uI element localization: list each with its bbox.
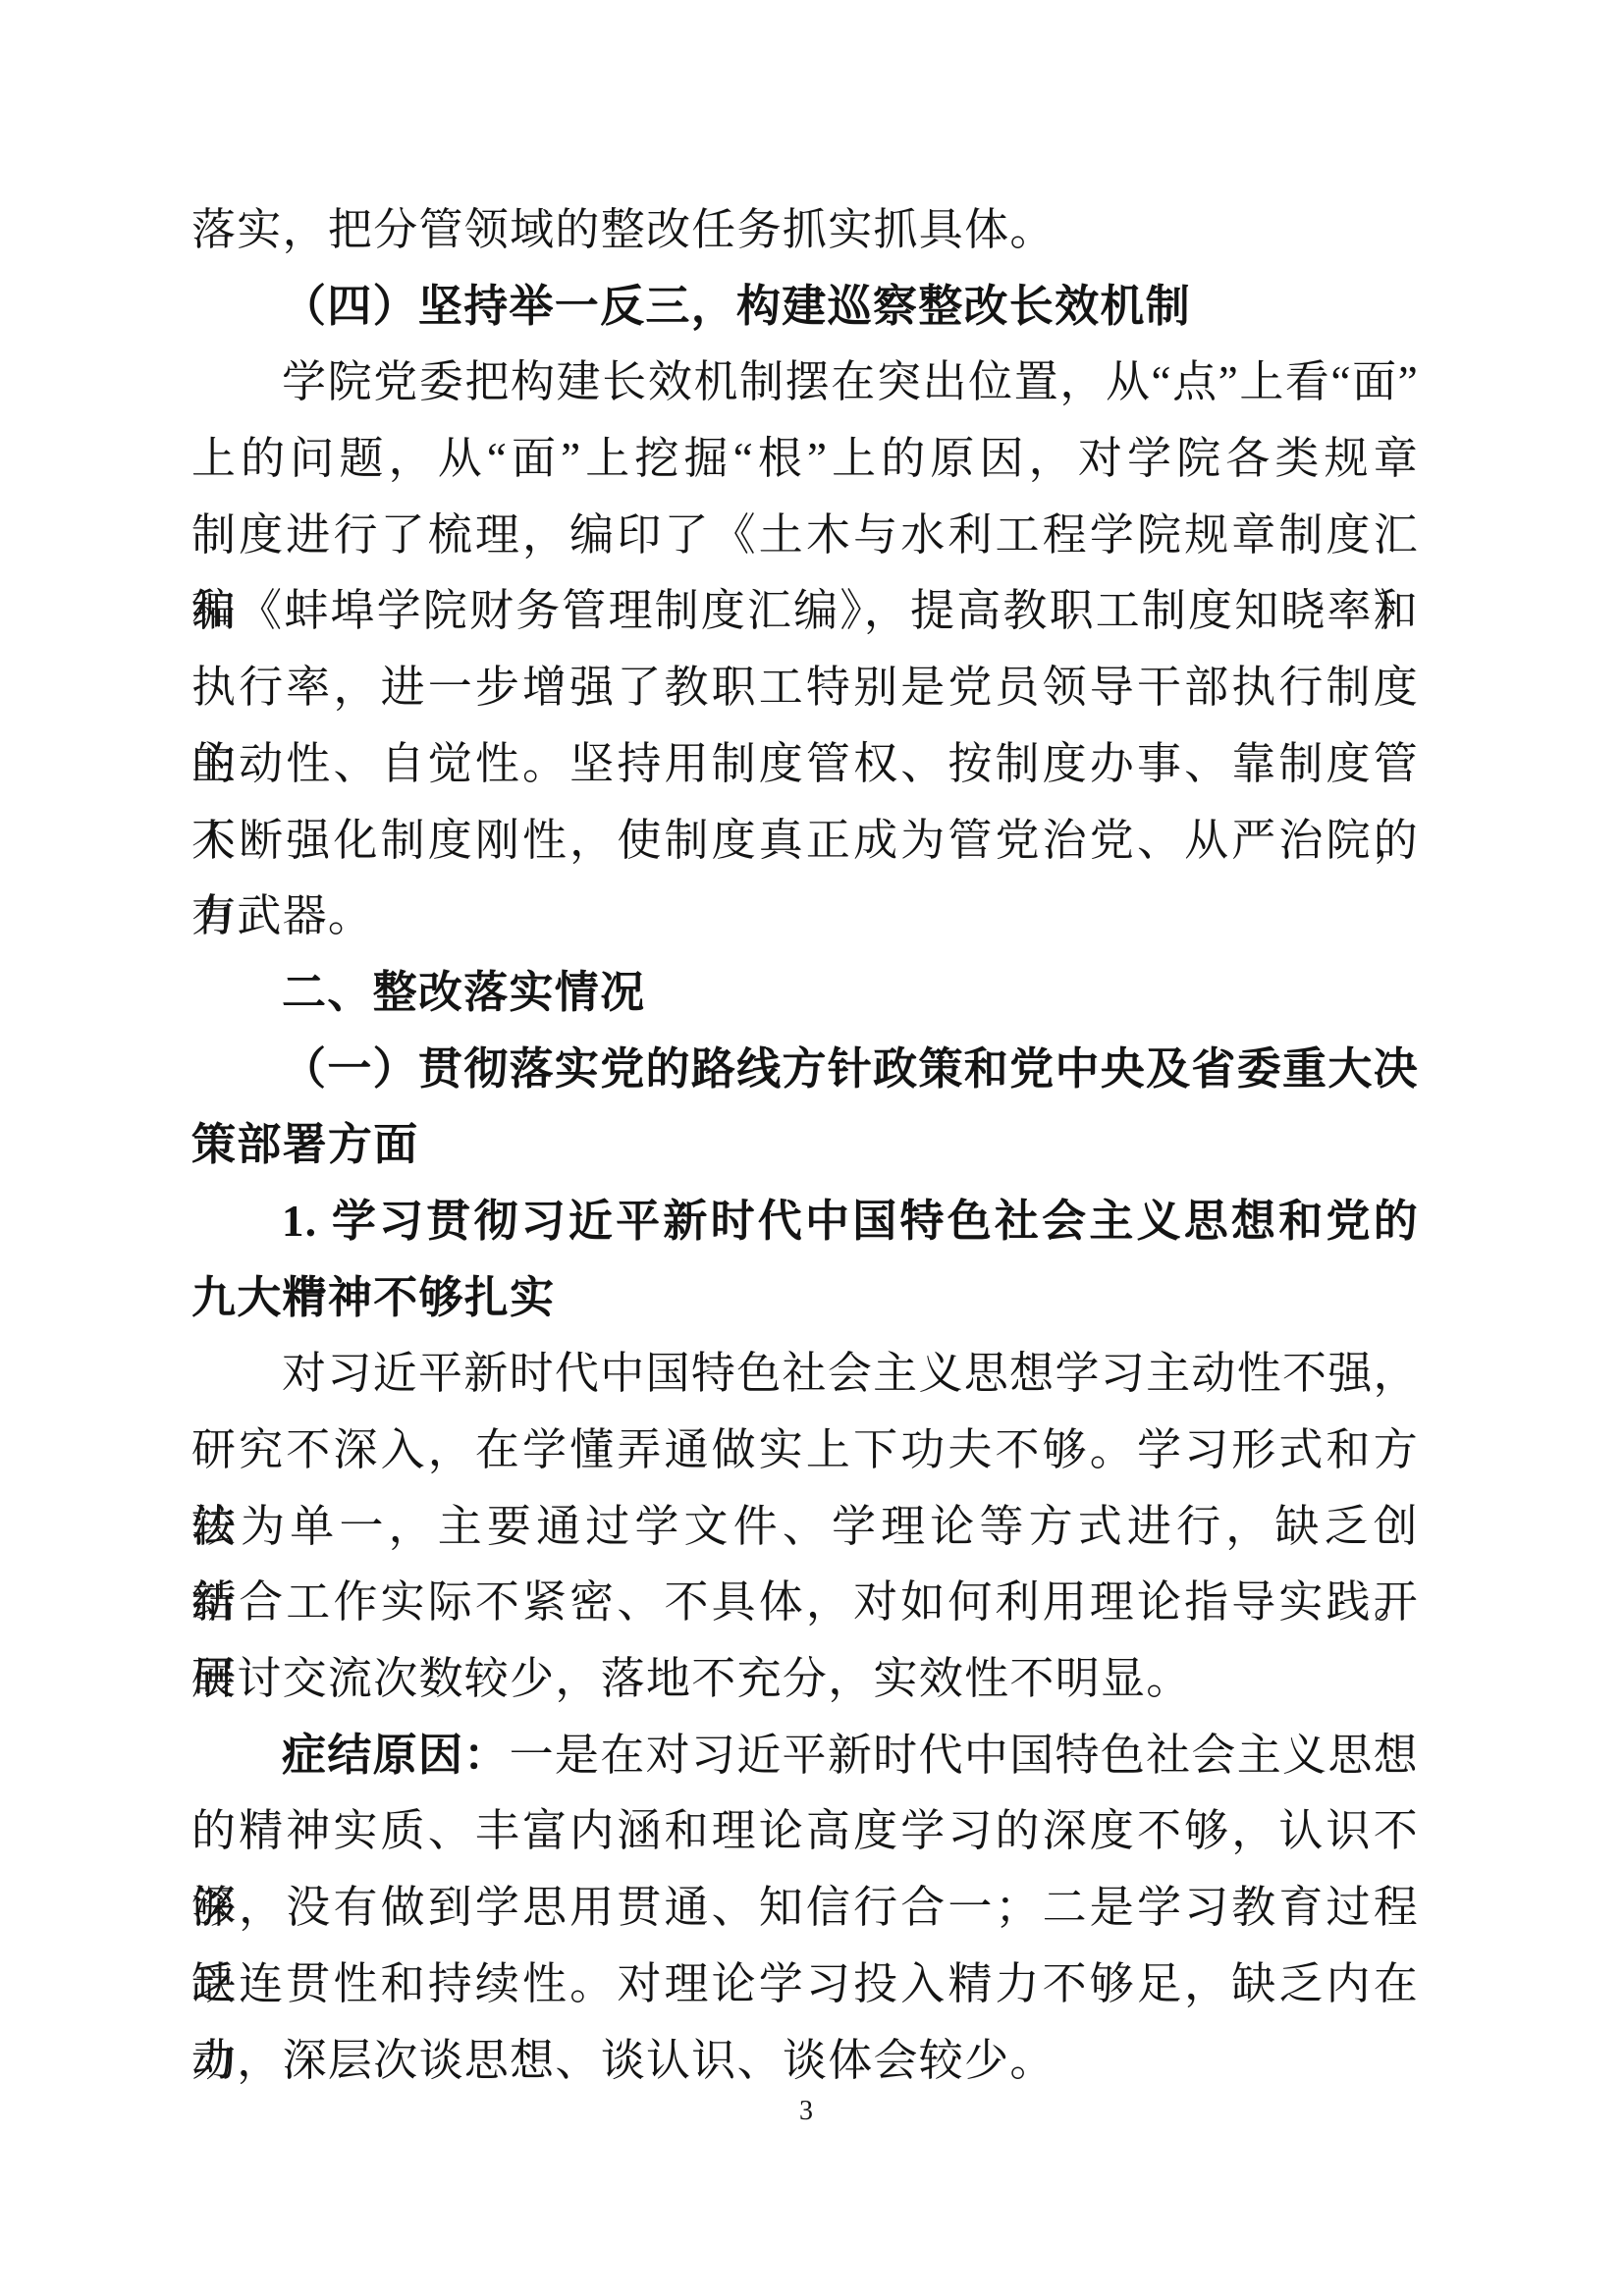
document-page: 落实，把分管领域的整改任务抓实抓具体。（四）坚持举一反三，构建巡察整改长效机制学… [0,0,1624,2296]
text-run: 上的问题，从“面”上挖掘“根”上的原因，对学院各类规章 [191,434,1419,483]
text-line: 较为单一，主要通过学文件、学理论等方式进行，缺乏创新。 [191,1489,1419,1566]
text-line: 策部署方面 [191,1107,1419,1184]
text-line: 的精神实质、丰富内涵和理论高度学习的深度不够，认识不够 [191,1793,1419,1870]
text-line: 学院党委把构建长效机制摆在突出位置，从“点”上看“面” [191,345,1419,421]
text-line: 不断强化制度刚性，使制度真正成为管党治党、从严治院的有 [191,803,1419,880]
text-line: 和《蚌埠学院财务管理制度汇编》，提高教职工制度知晓率和 [191,573,1419,650]
text-line: 研讨交流次数较少，落地不充分，实效性不明显。 [191,1641,1419,1718]
text-line: 九大精神不够扎实 [191,1260,1419,1337]
text-line: 力，深层次谈思想、谈认识、谈体会较少。 [191,2023,1419,2100]
text-line: 制度进行了梳理，编印了《土木与水利工程学院规章制度汇编》 [191,498,1419,574]
text-line: 深，没有做到学思用贯通、知信行合一；二是学习教育过程缺 [191,1870,1419,1947]
bold-text-run: （四）坚持举一反三，构建巡察整改长效机制 [282,282,1191,331]
bold-text-run: 九大精神不够扎实 [191,1273,555,1322]
text-line: 二、整改落实情况 [191,955,1419,1032]
text-line: 症结原因：一是在对习近平新时代中国特色社会主义思想 [191,1718,1419,1794]
text-line: （一）贯彻落实党的路线方针政策和党中央及省委重大决 [191,1032,1419,1108]
text-run: 研讨交流次数较少，落地不充分，实效性不明显。 [191,1654,1192,1703]
text-line: （四）坚持举一反三，构建巡察整改长效机制 [191,269,1419,346]
bold-text-run: （一）贯彻落实党的路线方针政策和党中央及省委重大决 [282,1044,1419,1094]
text-line: 研究不深入，在学懂弄通做实上下功夫不够。学习形式和方法 [191,1413,1419,1489]
text-line: 落实，把分管领域的整改任务抓实抓具体。 [191,192,1419,269]
text-line: 上的问题，从“面”上挖掘“根”上的原因，对学院各类规章 [191,421,1419,498]
text-block: 落实，把分管领域的整改任务抓实抓具体。（四）坚持举一反三，构建巡察整改长效机制学… [191,192,1419,2099]
bold-text-run: 策部署方面 [191,1120,419,1169]
text-line: 力武器。 [191,879,1419,955]
text-line: 对习近平新时代中国特色社会主义思想学习主动性不强， [191,1336,1419,1413]
bold-text-run: 二、整改落实情况 [282,968,645,1017]
text-line: 执行率，进一步增强了教职工特别是党员领导干部执行制度的 [191,650,1419,726]
text-run: 学院党委把构建长效机制摆在突出位置，从“点”上看“面” [282,357,1419,406]
text-line: 结合工作实际不紧密、不具体，对如何利用理论指导实践开展 [191,1565,1419,1641]
bold-text-run: 症结原因： [282,1731,510,1780]
text-run: 力武器。 [191,891,373,940]
text-run: 一是在对习近平新时代中国特色社会主义思想 [510,1731,1419,1780]
text-run: 和《蚌埠学院财务管理制度汇编》，提高教职工制度知晓率和 [191,586,1419,635]
text-line: 乏连贯性和持续性。对理论学习投入精力不够足，缺乏内在动 [191,1947,1419,2023]
text-run: 力，深层次谈思想、谈认识、谈体会较少。 [191,2036,1056,2085]
text-run: 落实，把分管领域的整改任务抓实抓具体。 [191,205,1056,254]
text-line: 主动性、自觉性。坚持用制度管权、按制度办事、靠制度管人， [191,726,1419,803]
text-line: 1. 学习贯彻习近平新时代中国特色社会主义思想和党的十 [191,1184,1419,1260]
text-run: 对习近平新时代中国特色社会主义思想学习主动性不强， [282,1349,1419,1398]
page-number: 3 [0,2095,1612,2128]
